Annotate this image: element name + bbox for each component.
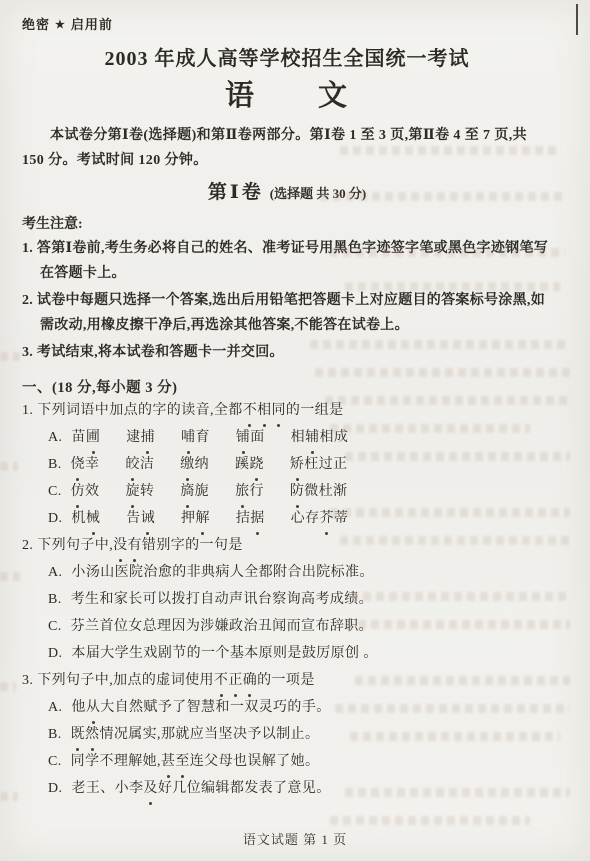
option-B: B.侥幸皎洁缴纳蹊跷矫枉过正 [22, 451, 552, 478]
emphasis-dotted-char: 跷 [249, 451, 263, 478]
emphasis-dotted-char: 甚 [161, 748, 175, 775]
option-A: A.苗圃逮捕哺育铺面相辅相成 [22, 424, 552, 451]
option-label: D. [48, 781, 62, 796]
emphasis-dotted-char: 至 [175, 748, 189, 775]
bleed-through-artifact [330, 816, 530, 825]
emphasis-dotted-char: 捕 [141, 424, 155, 451]
emphasis-dotted-char: 侥 [71, 451, 85, 478]
option-word: 缴纳 [180, 457, 209, 472]
option-C: C.仿效旋转旖旎旅行防微杜渐 [22, 478, 552, 505]
notice-item-2: 2. 试卷中每题只选择一个答案,选出后用铅笔把答题卡上对应题目的答案标号涂黑,如… [22, 288, 552, 338]
option-word: 旋转 [125, 484, 154, 499]
emphasis-dotted-char: 皎 [125, 451, 139, 478]
emphasis-dotted-char: 仿 [71, 478, 85, 505]
emphasis-dotted-char: 正 [228, 667, 242, 694]
option-B: B.考生和家长可以拨打自动声讯台察询高考成绩。 [22, 586, 552, 613]
emphasis-dotted-char: 圃 [86, 424, 100, 451]
part-heading: 第Ⅰ卷(选择题 共 30 分) [22, 181, 552, 206]
option-label: A. [48, 700, 62, 715]
option-label: B. [48, 457, 62, 472]
intro-paragraph: 本试卷分第Ⅰ卷(选择题)和第Ⅱ卷两部分。第Ⅰ卷 1 至 3 页,第Ⅱ卷 4 至 … [22, 123, 552, 173]
option-C: C.同学不理解她,甚至连父母也误解了她。 [22, 748, 552, 775]
emphasis-dotted-char: 从 [86, 694, 100, 721]
option-word: 仿效 [71, 484, 100, 499]
option-word: 押解 [181, 511, 210, 526]
emphasis-dotted-char: 既 [71, 721, 85, 748]
option-word: 心存芥蒂 [291, 511, 349, 526]
option-sentence: 老王、小李及好几位编辑都发表了意见。 [71, 781, 330, 796]
exam-title: 2003 年成人高等学校招生全国统一考试 [22, 45, 552, 73]
question-3: 3. 下列句子中,加点的虚词使用不正确的一项是 A.他从大自然赋予了智慧和一双灵… [22, 667, 552, 802]
emphasis-dotted-char: 防 [290, 478, 304, 505]
notice-heading: 考生注意: [22, 216, 552, 234]
option-D: D.本届大学生戏剧节的一个基本原则是鼓厉原创 。 [22, 640, 552, 667]
option-word: 防微杜渐 [290, 484, 348, 499]
bleed-through-artifact [0, 682, 16, 691]
option-word: 旖旎 [180, 484, 209, 499]
emphasis-dotted-char: 确 [243, 667, 257, 694]
bleed-through-artifact [0, 352, 20, 361]
emphasis-dotted-char: 缴 [180, 451, 194, 478]
emphasis-dotted-char: 芥 [319, 505, 333, 532]
option-word: 告诫 [126, 511, 155, 526]
option-sentence: 考生和家长可以拨打自动声讯台察询高考成绩。 [71, 592, 373, 607]
option-sentence: 芬兰首位女总理因为涉嫌政治丑闻而宣布辞职。 [71, 619, 373, 634]
option-sentence: 同学不理解她,甚至连父母也误解了她。 [71, 754, 320, 769]
emphasis-dotted-char: 矫 [290, 451, 304, 478]
option-label: C. [48, 754, 62, 769]
option-word: 苗圃 [71, 430, 100, 445]
option-word: 哺育 [181, 430, 210, 445]
question-1-options: A.苗圃逮捕哺育铺面相辅相成B.侥幸皎洁缴纳蹊跷矫枉过正C.仿效旋转旖旎旅行防微… [22, 424, 552, 532]
option-D: D.老王、小李及好几位编辑都发表了意见。 [22, 775, 552, 802]
exam-paper-page: 绝密★启用前 2003 年成人高等学校招生全国统一考试 语 文 本试卷分第Ⅰ卷(… [0, 0, 590, 861]
emphasis-dotted-char: 辅 [305, 424, 319, 451]
option-B: B.既然情况属实,那就应当坚决予以制止。 [22, 721, 552, 748]
option-word: 铺面 [236, 430, 265, 445]
option-label: C. [48, 619, 62, 634]
security-label: 绝密 [22, 17, 50, 32]
option-label: A. [48, 565, 62, 580]
question-1-stem: 1. 下列词语中加点的字的读音,全都不相同的一组是 [22, 397, 552, 424]
option-label: B. [48, 727, 62, 742]
question-3-options: A.他从大自然赋予了智慧和一双灵巧的手。B.既然情况属实,那就应当坚决予以制止。… [22, 694, 552, 802]
notice-item-3: 3. 考试结束,将本试卷和答题卡一并交回。 [22, 340, 552, 365]
timing-label: 启用前 [71, 17, 113, 32]
bleed-through-artifact [0, 792, 18, 801]
emphasis-dotted-char: 旖 [180, 478, 194, 505]
question-2: 2. 下列句子中,没有错别字的一句是 A.小汤山医院治愈的非典病人全都附合出院标… [22, 532, 552, 667]
option-sentence: 本届大学生戏剧节的一个基本原则是鼓厉原创 。 [71, 646, 377, 661]
part-subtitle: (选择题 共 30 分) [270, 186, 366, 201]
page-footer: 语文试题 第 1 页 [0, 829, 590, 848]
emphasis-dotted-char: 旅 [235, 478, 249, 505]
emphasis-dotted-char: 诫 [141, 505, 155, 532]
security-header: 绝密★启用前 [22, 14, 552, 33]
option-word: 相辅相成 [291, 430, 349, 445]
option-C: C.芬兰首位女总理因为涉嫌政治丑闻而宣布辞职。 [22, 613, 552, 640]
option-word: 拮据 [236, 511, 265, 526]
emphasis-dotted-char: 相 [257, 397, 271, 424]
option-word: 机械 [71, 511, 100, 526]
scan-artifact-line [576, 4, 578, 35]
option-A: A.他从大自然赋予了智慧和一双灵巧的手。 [22, 694, 552, 721]
option-label: D. [48, 646, 62, 661]
subject-title: 语 文 [22, 77, 552, 115]
option-D: D.机械告诫押解拮据心存芥蒂 [22, 505, 552, 532]
option-word: 逮捕 [126, 430, 155, 445]
emphasis-dotted-char: 然 [85, 721, 99, 748]
emphasis-dotted-char: 不 [243, 397, 257, 424]
bleed-through-artifact [0, 462, 18, 471]
option-label: B. [48, 592, 62, 607]
bleed-through-artifact [0, 572, 20, 581]
emphasis-dotted-char: 据 [250, 505, 264, 532]
question-2-options: A.小汤山医院治愈的非典病人全都附合出院标准。B.考生和家长可以拨打自动声讯台察… [22, 559, 552, 667]
option-sentence: 小汤山医院治愈的非典病人全都附合出院标准。 [71, 565, 373, 580]
emphasis-dotted-char: 铺 [236, 424, 250, 451]
emphasis-dotted-char: 有 [128, 532, 142, 559]
option-word: 皎洁 [125, 457, 154, 472]
option-A: A.小汤山医院治愈的非典病人全都附合出院标准。 [22, 559, 552, 586]
option-label: D. [48, 511, 62, 526]
option-sentence: 既然情况属实,那就应当坚决予以制止。 [71, 727, 320, 742]
section-one-heading: 一、(18 分,每小题 3 分) [22, 379, 552, 397]
emphasis-dotted-char: 解 [195, 505, 209, 532]
emphasis-dotted-char: 及 [143, 775, 157, 802]
option-word: 矫枉过正 [290, 457, 348, 472]
part-title: 第Ⅰ卷 [208, 182, 264, 203]
question-2-stem: 2. 下列句子中,没有错别字的一句是 [22, 532, 552, 559]
option-sentence: 他从大自然赋予了智慧和一双灵巧的手。 [71, 700, 330, 715]
option-word: 蹊跷 [235, 457, 264, 472]
option-label: C. [48, 484, 62, 499]
bleed-through-artifact [315, 368, 570, 377]
question-3-stem: 3. 下列句子中,加点的虚词使用不正确的一项是 [22, 667, 552, 694]
star-icon: ★ [55, 19, 66, 31]
emphasis-dotted-char: 没 [113, 532, 127, 559]
emphasis-dotted-char: 哺 [181, 424, 195, 451]
question-1: 1. 下列词语中加点的字的读音,全都不相同的一组是 A.苗圃逮捕哺育铺面相辅相成… [22, 397, 552, 532]
emphasis-dotted-char: 械 [86, 505, 100, 532]
option-label: A. [48, 430, 62, 445]
option-word: 旅行 [235, 484, 264, 499]
emphasis-dotted-char: 旋 [125, 478, 139, 505]
option-word: 侥幸 [71, 457, 100, 472]
emphasis-dotted-char: 不 [214, 667, 228, 694]
emphasis-dotted-char: 同 [272, 397, 286, 424]
notice-item-1: 1. 答第Ⅰ卷前,考生务必将自己的姓名、准考证号用黑色字迹签字笔或黑色字迹钢笔写… [22, 236, 552, 286]
